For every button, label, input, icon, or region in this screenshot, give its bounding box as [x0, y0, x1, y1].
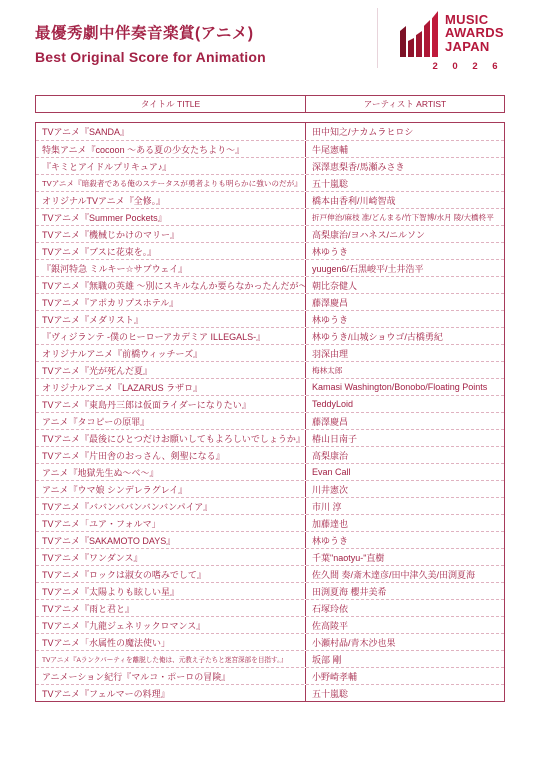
- table-row: TVアニメ『九龍ジェネリックロマンス』 佐高陵平: [36, 616, 504, 633]
- title-cell: TVアニメ『ワンダンス』: [36, 549, 306, 565]
- logo-bar-icon: [408, 38, 414, 57]
- table-row: アニメ『ウマ娘 シンデレラグレイ』 川井憲次: [36, 480, 504, 497]
- title-cell: TVアニメ『暗殺者である俺のステータスが勇者よりも明らかに強いのだが』: [36, 175, 306, 191]
- title-cell: TVアニメ『メダリスト』: [36, 311, 306, 327]
- artist-cell: 川井憲次: [306, 481, 504, 497]
- title-cell: TVアニメ『アポカリプスホテル』: [36, 294, 306, 310]
- artist-cell: 五十嵐聡: [306, 175, 504, 191]
- table-row: TVアニメ『SAKAMOTO DAYS』 林ゆうき: [36, 531, 504, 548]
- artist-cell: 牛尾憲輔: [306, 141, 504, 157]
- logo-year: 2 0 2 6: [400, 61, 528, 72]
- logo-word-music: MUSIC: [445, 13, 504, 26]
- table-row: TVアニメ『ババンババンバンバンパイア』 市川 淳: [36, 497, 504, 514]
- title-cell: TVアニメ『Summer Pockets』: [36, 209, 306, 225]
- table-row: TVアニメ『ブスに花束を。』 林ゆうき: [36, 242, 504, 259]
- title-cell: TVアニメ『ロックは淑女の嗜みでして』: [36, 566, 306, 582]
- table-header-row: タイトル TITLE アーティスト ARTIST: [35, 95, 505, 113]
- table-row: TVアニメ『暗殺者である俺のステータスが勇者よりも明らかに強いのだが』 五十嵐聡: [36, 174, 504, 191]
- table-row: TVアニメ『片田舎のおっさん、剣聖になる』 高梨康治: [36, 446, 504, 463]
- logo-wordmark: MUSIC AWARDS JAPAN: [445, 11, 504, 53]
- table-row: TVアニメ『無職の英雄 ～別にスキルなんか要らなかったんだが～』 朝比奈健人: [36, 276, 504, 293]
- table-row: 特集アニメ『cocoon ～ある夏の少女たちより～』 牛尾憲輔: [36, 140, 504, 157]
- table-row: TVアニメ『Summer Pockets』 折戸伸治/麻枝 准/どんまる/竹下智…: [36, 208, 504, 225]
- logo-bar-icon: [424, 20, 430, 57]
- artist-cell: 羽深由理: [306, 345, 504, 361]
- artist-cell: yuugen6/石黒峻平/土井浩平: [306, 260, 504, 276]
- table-row: 『ヴィジランテ -僕のヒーローアカデミア ILLEGALS-』 林ゆうき/山城シ…: [36, 327, 504, 344]
- artist-cell: 五十嵐聡: [306, 685, 504, 701]
- artist-cell: 佐久間 奏/斎木達彦/田中津久美/田渕夏海: [306, 566, 504, 582]
- title-cell: TVアニメ「ユア・フォルマ」: [36, 515, 306, 531]
- title-cell: TVアニメ「水属性の魔法使い」: [36, 634, 306, 650]
- logo-bar-icon: [416, 31, 422, 57]
- table-body: TVアニメ『SANDA』 田中知之/ナカムラヒロシ 特集アニメ『cocoon ～…: [35, 122, 505, 702]
- artist-cell: 千葉"naotyu-"直樹: [306, 549, 504, 565]
- table-row: TVアニメ『雨と君と』 石塚玲依: [36, 599, 504, 616]
- logo-bar-icon: [400, 26, 406, 57]
- artist-cell: 林ゆうき: [306, 311, 504, 327]
- title-cell: TVアニメ『光が死んだ夏』: [36, 362, 306, 378]
- artist-cell: 朝比奈健人: [306, 277, 504, 293]
- artist-cell: 高梨康治: [306, 447, 504, 463]
- music-awards-japan-logo: MUSIC AWARDS JAPAN 2 0 2 6: [400, 11, 528, 72]
- page-title-english: Best Original Score for Animation: [35, 49, 266, 65]
- award-announcement-page: 最優秀劇中伴奏音楽賞(アニメ) Best Original Score for …: [0, 0, 540, 780]
- title-cell: オリジナルアニメ『LAZARUS ラザロ』: [36, 379, 306, 395]
- table-row: TVアニメ『メダリスト』 林ゆうき: [36, 310, 504, 327]
- artist-cell: 佐高陵平: [306, 617, 504, 633]
- artist-cell: 田中知之/ナカムラヒロシ: [306, 123, 504, 140]
- artist-cell: 市川 淳: [306, 498, 504, 514]
- title-cell: TVアニメ『フェルマーの料理』: [36, 685, 306, 701]
- title-cell: TVアニメ『九龍ジェネリックロマンス』: [36, 617, 306, 633]
- table-row: アニメーション紀行『マルコ・ポーロの冒険』 小野崎孝輔: [36, 667, 504, 684]
- table-row: オリジナルTVアニメ『全修。』 橋本由香利/川崎智哉: [36, 191, 504, 208]
- artist-cell: Evan Call: [306, 464, 504, 480]
- table-row: オリジナルアニメ『LAZARUS ラザロ』 Kamasi Washington/…: [36, 378, 504, 395]
- table-row: 『銀河特急 ミルキー☆サブウェイ』 yuugen6/石黒峻平/土井浩平: [36, 259, 504, 276]
- title-cell: TVアニメ『片田舎のおっさん、剣聖になる』: [36, 447, 306, 463]
- artist-cell: 小瀬村晶/青木沙也果: [306, 634, 504, 650]
- artist-cell: Kamasi Washington/Bonobo/Floating Points: [306, 379, 504, 395]
- title-cell: TVアニメ『機械じかけのマリー』: [36, 226, 306, 242]
- table-row: 『キミとアイドルプリキュア♪』 深澤恵梨香/馬瀬みさき: [36, 157, 504, 174]
- artist-cell: 小野崎孝輔: [306, 668, 504, 684]
- equalizer-bars-icon: [400, 11, 438, 57]
- artist-cell: 橋本由香利/川崎智哉: [306, 192, 504, 208]
- table-row: TVアニメ『太陽よりも眩しい星』 田渕夏海 櫻井美希: [36, 582, 504, 599]
- table-row: TVアニメ『フェルマーの料理』 五十嵐聡: [36, 684, 504, 701]
- artist-cell: 石塚玲依: [306, 600, 504, 616]
- title-cell: TVアニメ『ブスに花束を。』: [36, 243, 306, 259]
- title-cell: オリジナルTVアニメ『全修。』: [36, 192, 306, 208]
- title-cell: アニメーション紀行『マルコ・ポーロの冒険』: [36, 668, 306, 684]
- title-cell: TVアニメ『太陽よりも眩しい星』: [36, 583, 306, 599]
- table-row: TVアニメ『ワンダンス』 千葉"naotyu-"直樹: [36, 548, 504, 565]
- artist-cell: 梅林太郎: [306, 362, 504, 378]
- artist-cell: 藤澤慶昌: [306, 413, 504, 429]
- column-header-title: タイトル TITLE: [36, 96, 306, 112]
- title-cell: アニメ『ウマ娘 シンデレラグレイ』: [36, 481, 306, 497]
- logo-bar-icon: [432, 11, 438, 57]
- title-cell: アニメ『タコピーの原罪』: [36, 413, 306, 429]
- artist-cell: 加藤達也: [306, 515, 504, 531]
- logo-word-awards: AWARDS: [445, 26, 504, 39]
- title-cell: TVアニメ『無職の英雄 ～別にスキルなんか要らなかったんだが～』: [36, 277, 306, 293]
- title-cell: 『ヴィジランテ -僕のヒーローアカデミア ILLEGALS-』: [36, 328, 306, 344]
- table-row: TVアニメ「水属性の魔法使い」 小瀬村晶/青木沙也果: [36, 633, 504, 650]
- title-cell: TVアニメ『東島丹三郎は仮面ライダーになりたい』: [36, 396, 306, 412]
- table-row: アニメ『地獄先生ぬ～べ～』 Evan Call: [36, 463, 504, 480]
- table-row: アニメ『タコピーの原罪』 藤澤慶昌: [36, 412, 504, 429]
- column-header-artist: アーティスト ARTIST: [306, 96, 504, 112]
- table-row: TVアニメ「ユア・フォルマ」 加藤達也: [36, 514, 504, 531]
- title-cell: TVアニメ『Aランクパーティを離脱した俺は、元教え子たちと迷宮深部を目指す。』: [36, 651, 306, 667]
- title-cell: TVアニメ『SANDA』: [36, 123, 306, 140]
- table-row: TVアニメ『光が死んだ夏』 梅林太郎: [36, 361, 504, 378]
- title-cell: 『キミとアイドルプリキュア♪』: [36, 158, 306, 174]
- header-divider: [377, 8, 378, 68]
- table-row: TVアニメ『ロックは淑女の嗜みでして』 佐久間 奏/斎木達彦/田中津久美/田渕夏…: [36, 565, 504, 582]
- table-row: TVアニメ『機械じかけのマリー』 高梨康治/ヨハネス/ニルソン: [36, 225, 504, 242]
- table-row: TVアニメ『アポカリプスホテル』 藤澤慶昌: [36, 293, 504, 310]
- title-cell: TVアニメ『雨と君と』: [36, 600, 306, 616]
- artist-cell: 林ゆうき/山城ショウゴ/古橋勇紀: [306, 328, 504, 344]
- title-cell: オリジナルアニメ『前橋ウィッチーズ』: [36, 345, 306, 361]
- title-cell: TVアニメ『ババンババンバンバンパイア』: [36, 498, 306, 514]
- title-cell: アニメ『地獄先生ぬ～べ～』: [36, 464, 306, 480]
- artist-cell: 田渕夏海 櫻井美希: [306, 583, 504, 599]
- artist-cell: 高梨康治/ヨハネス/ニルソン: [306, 226, 504, 242]
- title-cell: 特集アニメ『cocoon ～ある夏の少女たちより～』: [36, 141, 306, 157]
- artist-cell: TeddyLoid: [306, 396, 504, 412]
- logo-word-japan: JAPAN: [445, 40, 504, 53]
- table-row: TVアニメ『Aランクパーティを離脱した俺は、元教え子たちと迷宮深部を目指す。』 …: [36, 650, 504, 667]
- title-cell: TVアニメ『SAKAMOTO DAYS』: [36, 532, 306, 548]
- artist-cell: 藤澤慶昌: [306, 294, 504, 310]
- title-cell: TVアニメ『最後にひとつだけお願いしてもよろしいでしょうか』: [36, 430, 306, 446]
- artist-cell: 深澤恵梨香/馬瀬みさき: [306, 158, 504, 174]
- artist-cell: 林ゆうき: [306, 243, 504, 259]
- table-row: TVアニメ『東島丹三郎は仮面ライダーになりたい』 TeddyLoid: [36, 395, 504, 412]
- table-row: TVアニメ『SANDA』 田中知之/ナカムラヒロシ: [36, 123, 504, 140]
- artist-cell: 椿山日南子: [306, 430, 504, 446]
- artist-cell: 折戸伸治/麻枝 准/どんまる/竹下智博/水月 陵/大橋柊平: [306, 209, 504, 225]
- title-cell: 『銀河特急 ミルキー☆サブウェイ』: [36, 260, 306, 276]
- artist-cell: 林ゆうき: [306, 532, 504, 548]
- table-row: オリジナルアニメ『前橋ウィッチーズ』 羽深由理: [36, 344, 504, 361]
- artist-cell: 坂部 剛: [306, 651, 504, 667]
- table-row: TVアニメ『最後にひとつだけお願いしてもよろしいでしょうか』 椿山日南子: [36, 429, 504, 446]
- page-title-japanese: 最優秀劇中伴奏音楽賞(アニメ): [35, 21, 254, 43]
